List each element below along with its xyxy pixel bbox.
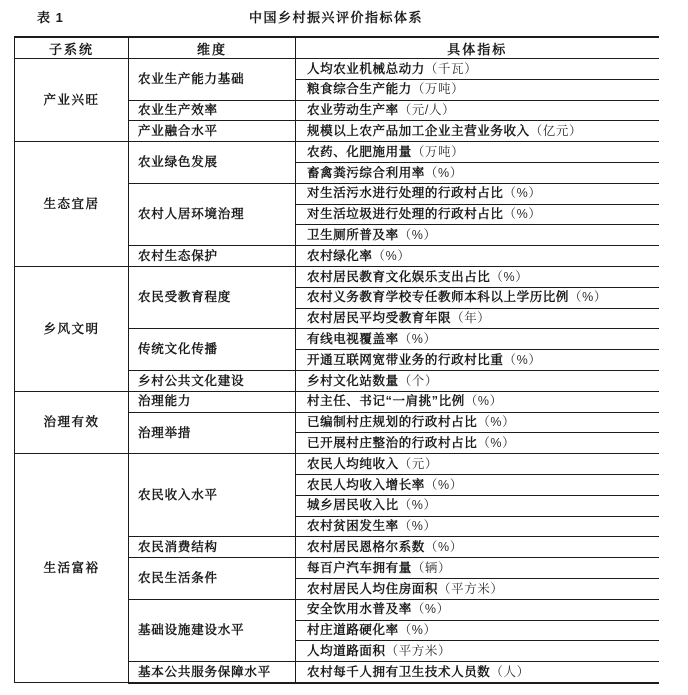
indicator-unit: （%） <box>425 540 463 554</box>
table-row: 治理有效治理能力村主任、书记“一肩挑”比例（%） <box>15 391 659 412</box>
header-row: 子系统 维度 具体指标 <box>15 37 659 59</box>
indicator-table: 子系统 维度 具体指标 产业兴旺农业生产能力基础人均农业机械总动力（千瓦）粮食综… <box>14 36 659 684</box>
dimension-cell: 农民收入水平 <box>129 454 296 537</box>
indicator-unit: （%） <box>490 270 528 284</box>
table-row: 生活富裕农民收入水平农民人均纯收入（元） <box>15 454 659 475</box>
dimension-cell: 基础设施建设水平 <box>129 599 296 661</box>
indicator-text: 农民人均纯收入 <box>307 457 399 471</box>
indicator-cell: 开通互联网宽带业务的行政村比重（%） <box>296 350 659 371</box>
indicator-cell: 安全饮用水普及率（%） <box>296 599 659 620</box>
indicator-unit: （元/人） <box>399 103 455 117</box>
indicator-unit: （%） <box>465 394 503 408</box>
indicator-text: 已编制村庄规划的行政村占比 <box>307 415 477 429</box>
indicator-cell: 农村居民平均受教育年限（年） <box>296 308 659 329</box>
indicator-text: 每百户汽车拥有量 <box>307 561 412 575</box>
indicator-text: 农民人均收入增长率 <box>307 478 425 492</box>
indicator-cell: 粮食综合生产能力（万吨） <box>296 79 659 100</box>
indicator-cell: 农村每千人拥有卫生技术人员数（人） <box>296 662 659 683</box>
indicator-text: 农村居民人均住房面积 <box>307 582 438 596</box>
document-page: 表 1 中国乡村振兴评价指标体系 子系统 维度 具体指标 产业兴旺农业生产能力基… <box>0 0 688 695</box>
subsystem-cell: 生态宜居 <box>15 142 129 267</box>
indicator-unit: （平方米） <box>438 582 504 596</box>
indicator-unit: （%） <box>504 186 542 200</box>
indicator-cell: 对生活污水进行处理的行政村占比（%） <box>296 183 659 204</box>
indicator-unit: （%） <box>425 166 463 180</box>
indicator-unit: （%） <box>504 207 542 221</box>
indicator-unit: （年） <box>451 311 490 325</box>
indicator-text: 农村居民教育文化娱乐支出占比 <box>307 270 490 284</box>
indicator-cell: 农村居民恩格尔系数（%） <box>296 537 659 558</box>
header-indicator: 具体指标 <box>296 37 659 59</box>
indicator-text: 规模以上农产品加工企业主营业务收入 <box>307 124 530 138</box>
indicator-cell: 农村居民教育文化娱乐支出占比（%） <box>296 266 659 287</box>
indicator-text: 有线电视覆盖率 <box>307 332 399 346</box>
indicator-cell: 农村绿化率（%） <box>296 246 659 267</box>
dimension-cell: 农业绿色发展 <box>129 142 296 184</box>
indicator-text: 农村居民平均受教育年限 <box>307 311 451 325</box>
indicator-text: 村庄道路硬化率 <box>307 623 399 637</box>
dimension-cell: 农业生产能力基础 <box>129 59 296 101</box>
dimension-cell: 农民生活条件 <box>129 558 296 600</box>
indicator-cell: 农民人均收入增长率（%） <box>296 474 659 495</box>
indicator-text: 城乡居民收入比 <box>307 498 399 512</box>
indicator-unit: （辆） <box>412 561 451 575</box>
indicator-cell: 规模以上农产品加工企业主营业务收入（亿元） <box>296 121 659 142</box>
indicator-unit: （亿元） <box>530 124 582 138</box>
dimension-cell: 产业融合水平 <box>129 121 296 142</box>
indicator-text: 对生活垃圾进行处理的行政村占比 <box>307 207 504 221</box>
indicator-unit: （%） <box>373 249 411 263</box>
indicator-text: 农村居民恩格尔系数 <box>307 540 425 554</box>
indicator-text: 乡村文化站数量 <box>307 374 399 388</box>
indicator-text: 对生活污水进行处理的行政村占比 <box>307 186 504 200</box>
dimension-cell: 农业生产效率 <box>129 100 296 121</box>
indicator-text: 农村每千人拥有卫生技术人员数 <box>307 665 490 679</box>
indicator-text: 粮食综合生产能力 <box>307 82 412 96</box>
indicator-unit: （%） <box>425 478 463 492</box>
subsystem-cell: 乡风文明 <box>15 266 129 391</box>
indicator-cell: 乡村文化站数量（个） <box>296 370 659 391</box>
indicator-unit: （元） <box>399 457 438 471</box>
indicator-unit: （%） <box>399 623 437 637</box>
indicator-cell: 畜禽粪污综合利用率（%） <box>296 162 659 183</box>
indicator-text: 农药、化肥施用量 <box>307 145 412 159</box>
indicator-text: 农业劳动生产率 <box>307 103 399 117</box>
indicator-cell: 已编制村庄规划的行政村占比（%） <box>296 412 659 433</box>
table-row: 产业兴旺农业生产能力基础人均农业机械总动力（千瓦） <box>15 59 659 80</box>
indicator-cell: 村主任、书记“一肩挑”比例（%） <box>296 391 659 412</box>
indicator-unit: （万吨） <box>412 82 464 96</box>
indicator-unit: （%） <box>399 228 437 242</box>
table-row: 乡风文明农民受教育程度农村居民教育文化娱乐支出占比（%） <box>15 266 659 287</box>
indicator-text: 农村义务教育学校专任教师本科以上学历比例 <box>307 290 569 304</box>
indicator-cell: 农村贫困发生率（%） <box>296 516 659 537</box>
subsystem-cell: 治理有效 <box>15 391 129 453</box>
indicator-text: 人均道路面积 <box>307 644 386 658</box>
indicator-unit: （%） <box>569 290 607 304</box>
indicator-text: 安全饮用水普及率 <box>307 602 412 616</box>
indicator-cell: 人均农业机械总动力（千瓦） <box>296 59 659 80</box>
dimension-cell: 传统文化传播 <box>129 329 296 371</box>
indicator-cell: 有线电视覆盖率（%） <box>296 329 659 350</box>
indicator-unit: （%） <box>477 415 515 429</box>
indicator-unit: （%） <box>399 332 437 346</box>
indicator-cell: 每百户汽车拥有量（辆） <box>296 558 659 579</box>
dimension-cell: 治理举措 <box>129 412 296 454</box>
indicator-text: 农村绿化率 <box>307 249 373 263</box>
indicator-text: 村主任、书记“一肩挑”比例 <box>307 394 465 408</box>
indicator-cell: 农药、化肥施用量（万吨） <box>296 142 659 163</box>
indicator-cell: 农村义务教育学校专任教师本科以上学历比例（%） <box>296 287 659 308</box>
indicator-text: 卫生厕所普及率 <box>307 228 399 242</box>
indicator-cell: 农村居民人均住房面积（平方米） <box>296 578 659 599</box>
dimension-cell: 农民受教育程度 <box>129 266 296 328</box>
dimension-cell: 农民消费结构 <box>129 537 296 558</box>
indicator-unit: （人） <box>490 665 529 679</box>
indicator-text: 人均农业机械总动力 <box>307 62 425 76</box>
subsystem-cell: 产业兴旺 <box>15 59 129 142</box>
header-subsystem: 子系统 <box>15 37 129 59</box>
indicator-cell: 人均道路面积（平方米） <box>296 641 659 662</box>
indicator-unit: （个） <box>399 374 438 388</box>
dimension-cell: 乡村公共文化建设 <box>129 370 296 391</box>
indicator-unit: （%） <box>412 602 450 616</box>
dimension-cell: 治理能力 <box>129 391 296 412</box>
indicator-unit: （平方米） <box>386 644 452 658</box>
indicator-cell: 城乡居民收入比（%） <box>296 495 659 516</box>
indicator-cell: 对生活垃圾进行处理的行政村占比（%） <box>296 204 659 225</box>
indicator-cell: 农民人均纯收入（元） <box>296 454 659 475</box>
table-title: 中国乡村振兴评价指标体系 <box>14 7 658 26</box>
indicator-text: 农村贫困发生率 <box>307 519 399 533</box>
indicator-unit: （%） <box>504 353 542 367</box>
indicator-unit: （%） <box>477 436 515 450</box>
dimension-cell: 农村人居环境治理 <box>129 183 296 245</box>
indicator-text: 畜禽粪污综合利用率 <box>307 166 425 180</box>
indicator-cell: 卫生厕所普及率（%） <box>296 225 659 246</box>
table-row: 生态宜居农业绿色发展农药、化肥施用量（万吨） <box>15 142 659 163</box>
indicator-unit: （%） <box>399 519 437 533</box>
indicator-unit: （%） <box>399 498 437 512</box>
dimension-cell: 农村生态保护 <box>129 246 296 267</box>
header-dimension: 维度 <box>129 37 296 59</box>
indicator-cell: 农业劳动生产率（元/人） <box>296 100 659 121</box>
indicator-unit: （万吨） <box>412 145 464 159</box>
indicator-cell: 已开展村庄整治的行政村占比（%） <box>296 433 659 454</box>
subsystem-cell: 生活富裕 <box>15 454 129 683</box>
indicator-table-body: 产业兴旺农业生产能力基础人均农业机械总动力（千瓦）粮食综合生产能力（万吨）农业生… <box>15 59 659 683</box>
indicator-text: 已开展村庄整治的行政村占比 <box>307 436 477 450</box>
indicator-text: 开通互联网宽带业务的行政村比重 <box>307 353 504 367</box>
indicator-unit: （千瓦） <box>425 62 477 76</box>
dimension-cell: 基本公共服务保障水平 <box>129 662 296 683</box>
indicator-cell: 村庄道路硬化率（%） <box>296 620 659 641</box>
